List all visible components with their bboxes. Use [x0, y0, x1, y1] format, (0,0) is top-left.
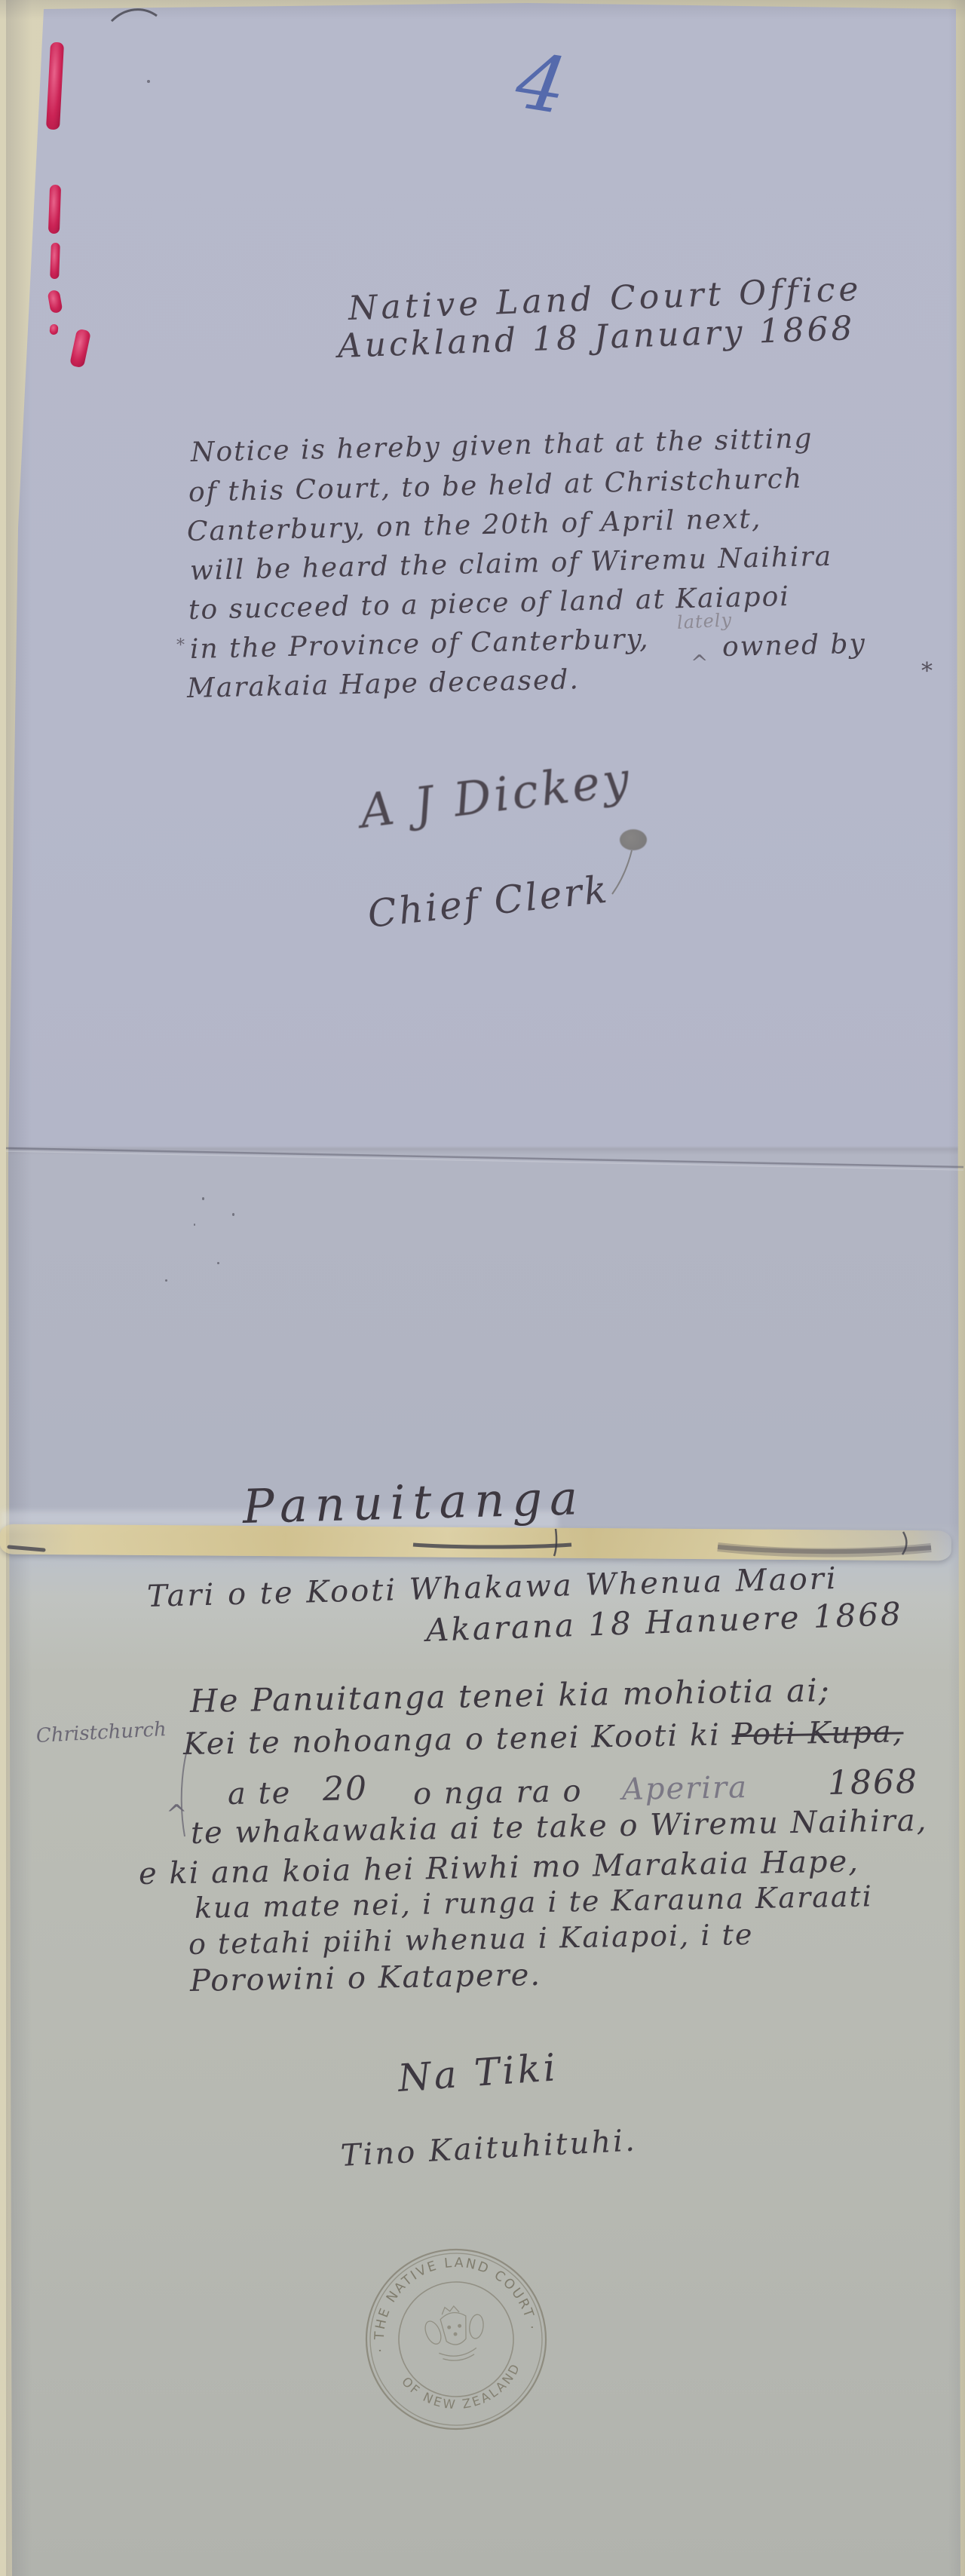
paper-speck	[194, 1224, 195, 1226]
english-body-line: owned by	[722, 631, 867, 661]
red-archival-mark	[50, 243, 60, 279]
svg-text:OF NEW ZEALAND: OF NEW ZEALAND	[398, 2358, 528, 2420]
paper-speck	[217, 1262, 219, 1264]
reference-asterisk: *	[921, 660, 933, 683]
paper-speck	[232, 1213, 234, 1216]
insertion-caret: ^	[166, 1802, 188, 1827]
ink-blot	[620, 829, 647, 850]
maori-closing-name: Na Tiki	[397, 2048, 559, 2097]
maori-heading: Panuitanga	[242, 1475, 586, 1530]
seal-text-bottom: OF NEW ZEALAND	[398, 2358, 528, 2420]
struck-out-words: Poti Kupa,	[731, 1714, 904, 1752]
seal-text-top: · THE NATIVE LAND COURT ·	[362, 2244, 540, 2354]
document-scan: 4 Native Land Court Office Auckland 18 J…	[0, 0, 965, 2576]
reference-asterisk: *	[176, 638, 185, 654]
paper-speck	[165, 1279, 167, 1282]
seal-coat-of-arms	[420, 2302, 490, 2365]
maori-line3-fragment: a te	[228, 1778, 292, 1809]
paper-speck	[202, 1197, 204, 1200]
maori-line3-fragment: o nga ra o	[413, 1776, 583, 1809]
maori-line3-year: 1868	[828, 1766, 919, 1800]
inserted-word-lately: lately	[676, 611, 732, 632]
insertion-caret: ^	[691, 653, 708, 674]
paper-sheet	[0, 0, 965, 2576]
red-archival-mark	[48, 185, 61, 234]
paper-speck	[147, 80, 150, 83]
maori-line3-day: 20	[323, 1772, 369, 1806]
svg-text:· THE NATIVE LAND COURT ·: · THE NATIVE LAND COURT ·	[362, 2244, 540, 2354]
court-seal: · THE NATIVE LAND COURT · OF NEW ZEALAND	[350, 2233, 562, 2446]
maori-line3-month-pencil: Aperira	[622, 1772, 749, 1805]
maori-body-line: Porowini o Katapere.	[190, 1960, 542, 1996]
